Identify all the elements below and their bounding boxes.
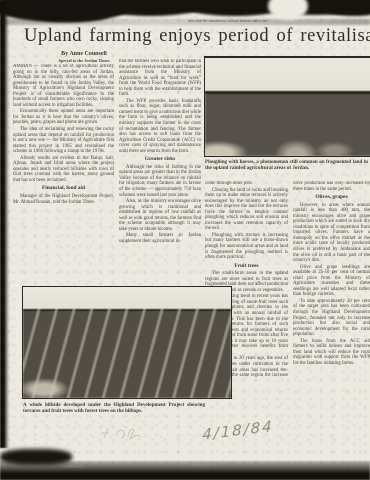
- faint-pencil-scribble: [100, 424, 158, 446]
- paragraph: Although the risks of farming in the upl…: [119, 165, 201, 198]
- paragraph: olive production has only increased by t…: [293, 181, 370, 192]
- newspaper-clipping-scan: soon after the formation of soil and fac…: [0, 0, 370, 480]
- paragraph: Also, as the ministry encourages olive g…: [119, 199, 201, 232]
- headline: Upland farming enjoys period of revitali…: [24, 26, 370, 52]
- paragraph: Olive and grape seedlings are available …: [293, 265, 370, 298]
- photocopy-smudge-bottom: [0, 461, 370, 480]
- photo-caption-bottom: A whole hillside developed under the Hig…: [23, 402, 205, 420]
- article-column-2: that the farmers who wish to participate…: [119, 59, 201, 286]
- paragraph: AMMAN — There is a lot of agricultural a…: [13, 64, 114, 108]
- paragraph: Many small farmers in Jordan supplement …: [119, 233, 201, 244]
- subheading-fruit-trees: Fruit trees: [205, 264, 288, 270]
- photo-caption-top: Ploughing with horses, a phenomenon stil…: [205, 159, 368, 176]
- article-column-1: AMMAN — There is a lot of agricultural a…: [13, 64, 114, 286]
- paper-hole: [268, 0, 308, 20]
- photo-sky: [23, 287, 231, 310]
- photo-ploughing-with-horses: [204, 56, 370, 157]
- photocopy-smudge-left: [0, 0, 10, 448]
- photo-hillside: [205, 91, 370, 156]
- smudge-blob: [30, 8, 110, 22]
- paragraph: The loans from the ACC aid farmers to bu…: [293, 339, 370, 367]
- photo-hillside: [23, 309, 231, 398]
- paragraph: However, in areas where annual rainfall …: [293, 203, 370, 264]
- subheading-greater-risks: Greater risks: [119, 157, 201, 163]
- subheading-financial-food-aid: Financial, food aid: [13, 186, 114, 192]
- paragraph: The idea of reclaiming and renewing the …: [13, 127, 114, 155]
- cutoff-text-fragment: soon after the formation of soil and fac…: [188, 19, 370, 25]
- paragraph: The WFP provides basic foodstuffs such a…: [119, 99, 201, 154]
- article-column-4: olive production has only increased by t…: [293, 181, 370, 421]
- paragraph: that the farmers who wish to participate…: [119, 59, 201, 98]
- paragraph: Ploughing with tractors is increasing bu…: [205, 233, 288, 261]
- paragraph: To date approximately 30 per cent of the…: [293, 299, 370, 338]
- photo-sky: [205, 58, 370, 93]
- paragraph: Manager of the Highland Development Proj…: [13, 194, 114, 205]
- subheading-olives-grapes: Olives, grapes: [293, 195, 370, 201]
- paragraph: Already results are evident in the Balqa…: [13, 156, 114, 184]
- photo-terraced-hillside: [22, 286, 232, 399]
- paragraph: Economically these upland areas are impo…: [13, 109, 114, 126]
- paragraph: Clearing the land of rocks and breaking …: [205, 188, 288, 232]
- paragraph: come through other jobs.: [205, 181, 288, 187]
